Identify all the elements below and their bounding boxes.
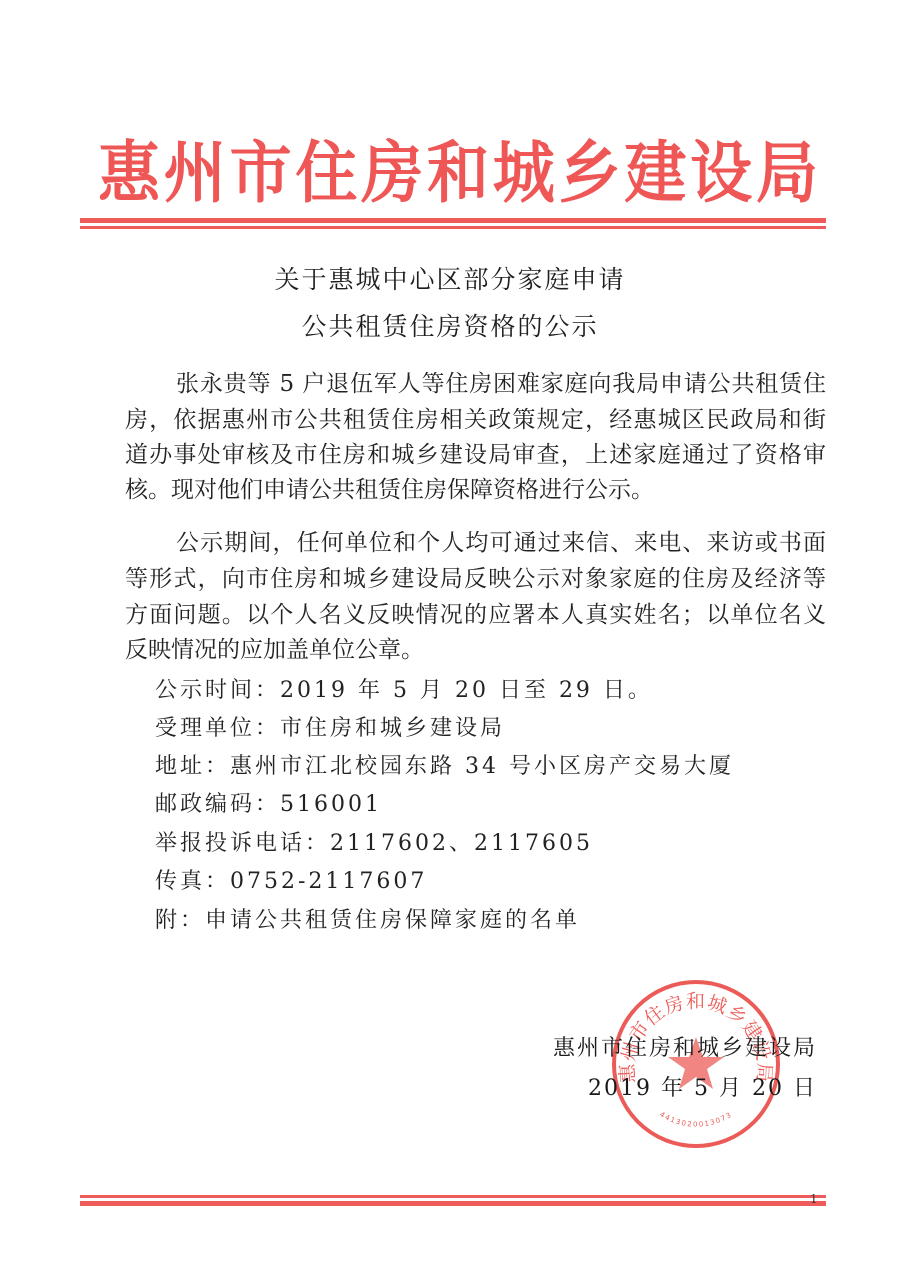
letterhead-char: 住 [295,119,357,215]
letterhead-char: 州 [164,119,226,215]
letterhead-char: 局 [756,119,818,215]
paragraph-1-line-4: 核。现对他们申请公共租赁住房保障资格进行公示。 [125,473,826,508]
fax-number: 传真：0752-2117607 [155,864,427,900]
issuer-signature: 惠州市住房和城乡建设局 [553,1031,817,1062]
paragraph-2-line-3: 方面问题。以个人名义反映情况的应署本人真实姓名；以单位名义 [125,598,826,633]
letterhead-title: 惠 州 市 住 房 和 城 乡 建 设 局 [98,125,818,209]
letterhead-char: 和 [427,119,489,215]
notice-title-line-2: 公共租赁住房资格的公示 [0,307,900,343]
header-rule-thin [80,226,826,229]
header-rule-thick [80,218,826,223]
paragraph-1-line-3: 道办事处审核及市住房和城乡建设局审查，上述家庭通过了资格审 [125,438,826,473]
paragraph-2-line-2: 等形式，向市住房和城乡建设局反映公示对象家庭的住房及经济等 [125,562,826,597]
complaint-hotline: 举报投诉电话：2117602、2117605 [155,826,593,862]
letterhead-char: 乡 [559,119,621,215]
address: 地址：惠州市江北校园东路 34 号小区房产交易大厦 [155,749,734,785]
footer-rule-thick [80,1201,826,1206]
svg-text:4413020013073: 4413020013073 [658,1110,734,1128]
notice-title-line-1: 关于惠城中心区部分家庭申请 [0,260,900,296]
receiving-office: 受理单位：市住房和城乡建设局 [155,711,505,747]
footer-rule-thin [80,1195,826,1198]
paragraph-2-line-4: 反映情况的应加盖单位公章。 [125,633,826,668]
letterhead-char: 城 [493,119,555,215]
letterhead-char: 市 [230,119,292,215]
paragraph-1-line-1: 张永贵等 5 户退伍军人等住房困难家庭向我局申请公共租赁住 [176,367,826,402]
page-number: 1 [810,1192,818,1206]
letterhead-char: 建 [624,119,686,215]
publicity-period: 公示时间：2019 年 5 月 20 日至 29 日。 [155,673,653,709]
letterhead-char: 设 [690,119,752,215]
paragraph-2-line-1: 公示期间，任何单位和个人均可通过来信、来电、来访或书面 [176,526,826,561]
letterhead-char: 惠 [98,119,160,215]
postcode: 邮政编码：516001 [155,787,382,823]
paragraph-1-line-2: 房，依据惠州市公共租赁住房相关政策规定，经惠城区民政局和街 [125,403,826,438]
attachment-note: 附：申请公共租赁住房保障家庭的名单 [155,903,580,939]
official-seal-icon: 惠州市住房和城乡建设局 4413020013073 [611,979,781,1149]
letterhead-char: 房 [361,119,423,215]
issue-date: 2019 年 5 月 20 日 [588,1071,817,1102]
